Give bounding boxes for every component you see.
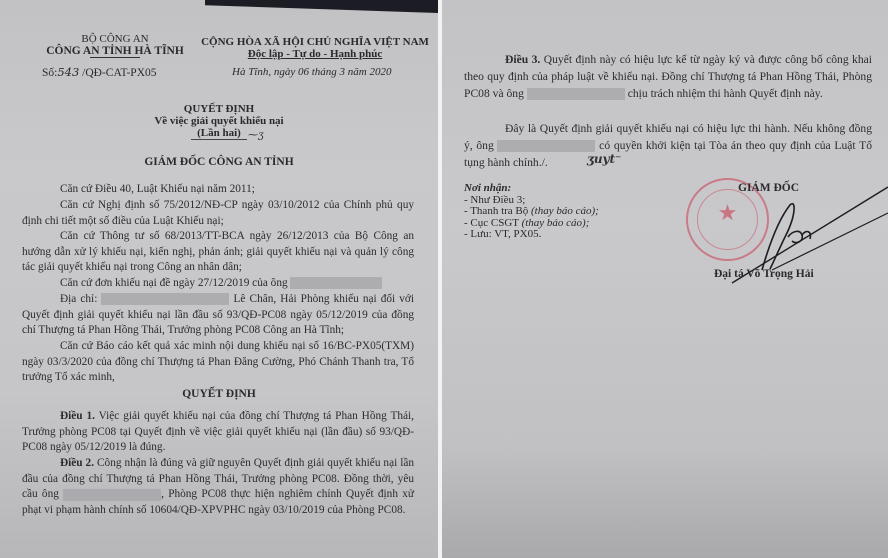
document-subject: Về việc giải quyết khiếu nại <box>0 115 438 127</box>
issuer-title: GIÁM ĐỐC CÔNG AN TỈNH <box>0 156 438 168</box>
ministry-name: BỘ CÔNG AN <box>40 33 190 45</box>
article-3: Điều 3. Quyết định này có hiệu lực kể từ… <box>464 51 872 102</box>
decision-heading: QUYẾT ĐỊNH <box>0 388 438 400</box>
legal-basis-4: Căn cứ đơn khiếu nại đề ngày 27/12/2019 … <box>22 276 414 292</box>
handwritten-number: 543 <box>57 65 79 79</box>
recipients-list: Nơi nhận: - Như Điều 3; - Thanh tra Bộ (… <box>464 183 599 241</box>
redacted-address <box>101 293 229 305</box>
article-1: Điều 1. Việc giải quyết khiếu nại của đồ… <box>22 409 414 456</box>
agency-name: CÔNG AN TỈNH HÀ TĨNH <box>40 45 190 57</box>
final-clause: Đây là Quyết định giải quyết khiếu nại c… <box>464 120 872 171</box>
article-2: Điều 2. Công nhận là đúng và giữ nguyên … <box>22 456 414 518</box>
national-header: CỘNG HÒA XÃ HỘI CHỦ NGHĨA VIỆT NAM Độc l… <box>200 36 430 60</box>
document-round: (Lần hai) <box>0 127 438 139</box>
place-and-date: Hà Tĩnh, ngày 06 tháng 3 năm 2020 <box>232 66 392 78</box>
header-underline <box>90 57 140 58</box>
redacted-name <box>527 88 625 100</box>
recipient-item: - Lưu: VT, PX05. <box>464 229 599 241</box>
redacted-name <box>290 277 382 289</box>
issuing-agency-header: BỘ CÔNG AN CÔNG AN TỈNH HÀ TĨNH <box>40 33 190 58</box>
initial-mark: ⁓ʒ <box>248 130 264 141</box>
left-document-page: BỘ CÔNG AN CÔNG AN TỈNH HÀ TĨNH CỘNG HÒA… <box>0 0 438 558</box>
legal-basis-1: Căn cứ Điều 40, Luật Khiếu nại năm 2011; <box>22 182 414 198</box>
complainant-address: Địa chỉ: Lê Chân, Hải Phòng khiếu nại đố… <box>22 292 414 339</box>
legal-basis-2: Căn cứ Nghị định số 75/2012/NĐ-CP ngày 0… <box>22 198 414 229</box>
nation-name: CỘNG HÒA XÃ HỘI CHỦ NGHĨA VIỆT NAM <box>200 36 430 48</box>
right-document-page: Điều 3. Quyết định này có hiệu lực kể từ… <box>442 0 888 558</box>
legal-basis-3: Căn cứ Thông tư số 68/2013/TT-BCA ngày 2… <box>22 229 414 276</box>
redacted-name <box>497 140 595 152</box>
redacted-name <box>63 489 161 501</box>
document-title: QUYẾT ĐỊNH <box>0 103 438 115</box>
initial-mark: ʒuyt⁻ <box>587 152 621 166</box>
verification-report-basis: Căn cứ Báo cáo kết quả xác minh nội dung… <box>22 339 414 386</box>
dark-background-edge <box>205 0 438 13</box>
signer-name: Đại tá Võ Trọng Hải <box>714 268 814 280</box>
document-number: Số:543 /QĐ-CAT-PX05 <box>42 65 157 79</box>
national-motto: Độc lập - Tự do - Hạnh phúc <box>200 48 430 60</box>
